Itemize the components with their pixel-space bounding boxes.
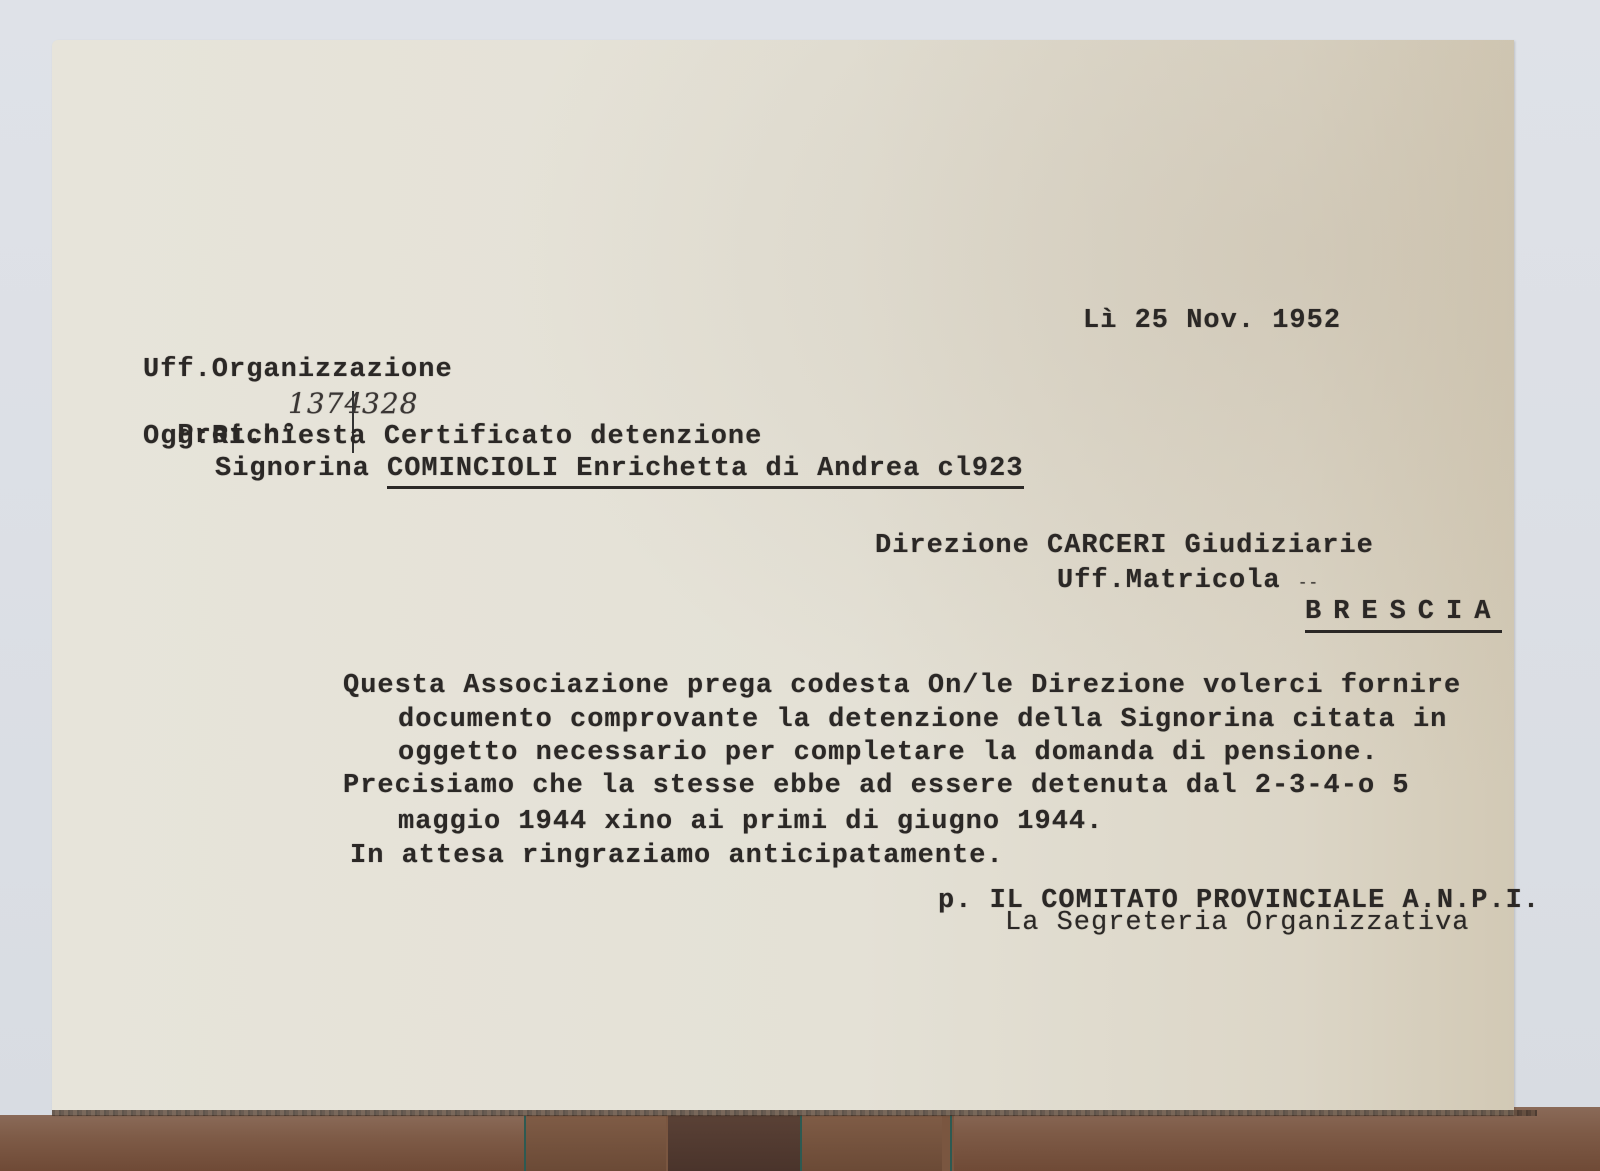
subject-person-prefix: Signorina <box>215 454 370 484</box>
shelf-divider <box>950 1115 952 1171</box>
body-closing-line: In attesa ringraziamo anticipatamente. <box>350 840 1004 872</box>
body-line: maggio 1944 xino ai primi di giugno 1944… <box>398 806 1103 838</box>
shelf-block <box>954 1107 1600 1171</box>
recipient-city: BRESCIA <box>1305 596 1502 633</box>
subject-label: Ogg: <box>143 422 212 452</box>
recipient-line1: Direzione CARCERI Giudiziarie <box>875 530 1374 562</box>
paper-torn-edge <box>52 1110 1537 1116</box>
body-line: Precisiamo che la stesse ebbe ad essere … <box>343 770 1410 802</box>
body-line: documento comprovante la detenzione dell… <box>398 704 1447 736</box>
subject-person-name: COMINCIOLI Enrichetta di Andrea cl923 <box>387 454 1024 489</box>
recipient-dashes: -- <box>1298 574 1319 592</box>
office-line: Uff.Organizzazione <box>143 354 453 386</box>
shelf-block <box>0 1115 524 1171</box>
wooden-shelf <box>0 1115 1600 1171</box>
signature-line2: La Segreteria Organizzativa <box>1005 907 1469 939</box>
body-line: oggetto necessario per completare la dom… <box>398 737 1379 769</box>
protocol-number-handwritten-2: 328 <box>362 388 418 420</box>
body-line: Questa Associazione prega codesta On/le … <box>343 670 1461 702</box>
date-line: Lì 25 Nov. 1952 <box>1083 305 1341 337</box>
recipient-line2: Uff.Matricola -- <box>1057 565 1319 599</box>
subject-line: Ogg:Richiesta Certificato detenzione <box>143 421 762 453</box>
recipient-office: Uff.Matricola <box>1057 566 1281 596</box>
shelf-block <box>526 1115 666 1171</box>
subject-person-line: Signorina COMINCIOLI Enrichetta di Andre… <box>215 453 1024 485</box>
shelf-block <box>802 1115 942 1171</box>
shelf-block <box>668 1115 800 1171</box>
subject-text: Richiesta Certificato detenzione <box>212 422 762 452</box>
